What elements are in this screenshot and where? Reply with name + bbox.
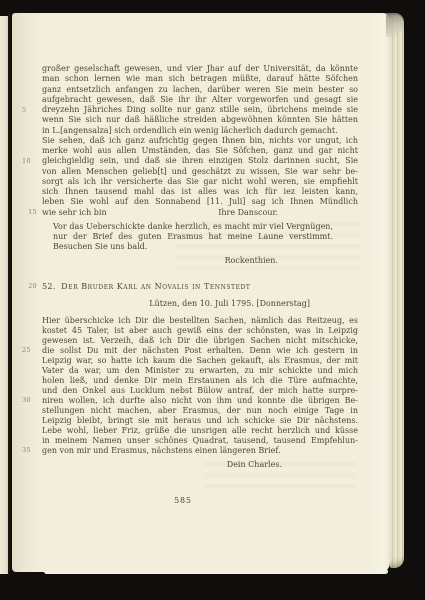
line-text: von allen Menschen gelieb[t] und geschät…	[42, 167, 358, 176]
margin-line-number: 10	[22, 158, 37, 165]
text-line: holen ließ, und denke Dir mein Erstaunen…	[42, 376, 358, 386]
book-page: großer geselschaft gewesen, und vier Jha…	[12, 13, 390, 572]
text-line: leben Sie wohl auf den Sonnabend [11. Ju…	[42, 197, 358, 207]
line-text: stellungen nicht machen, aber Erasmus, d…	[42, 406, 358, 415]
text-line: Sie sehen, daß ich ganz aufrichtig gegen…	[42, 136, 358, 146]
text-line: ganz entsetzlich anfangen zu lachen, dar…	[42, 85, 358, 95]
text-line: Besuchen Sie uns bald.	[53, 242, 333, 252]
line-text: Besuchen Sie uns bald.	[53, 242, 147, 251]
text-line: merke wohl aus allen Umständen, das Sie …	[42, 146, 358, 156]
letter-52-body: Hier überschicke ich Dir die bestellten …	[42, 316, 358, 456]
text-line: Leipzig bleibt, bringt sie mit heraus un…	[42, 416, 358, 426]
line-text: sorgt als ich ihr versicherte das Sie ga…	[42, 177, 358, 186]
margin-line-number: 30	[22, 397, 37, 404]
line-text: Vor das Ueberschickte danke herzlich, es…	[53, 222, 333, 231]
line-text: ganz entsetzlich anfangen zu lachen, dar…	[42, 85, 358, 94]
text-line: kostet 45 Taler, ist aber auch gewiß ein…	[42, 326, 358, 336]
page-corner-shade	[386, 13, 404, 37]
text-line: sich Ihnen tausend mahl das ist alles wa…	[42, 187, 358, 197]
text-line: nur der Brief des guten Erasmus hat mein…	[53, 232, 333, 242]
text-line: Vor das Ueberschickte danke herzlich, es…	[53, 222, 333, 232]
letter-52-heading: 20 52. Der Bruder Karl an Novalis in Ten…	[42, 282, 358, 293]
text-line: und den Onkel aus Lucklum nebst Bülow an…	[42, 386, 358, 396]
line-text: Leipzig bleibt, bringt sie mit heraus un…	[42, 416, 358, 425]
line-text: niren wollen, ich durfte also nicht von …	[42, 396, 358, 405]
line-text: großer geselschaft gewesen, und vier Jha…	[42, 64, 358, 73]
letter-52-dateline: Lützen, den 10. Juli 1795. [Donnerstag]	[42, 299, 358, 309]
line-text: holen ließ, und denke Dir mein Erstaunen…	[42, 376, 358, 385]
text-line: von allen Menschen gelieb[t] und geschät…	[42, 167, 358, 177]
line-text: in L.[angensalza] sich ordendlich ein we…	[42, 126, 338, 135]
text-line: Hier überschicke ich Dir die bestellten …	[42, 316, 358, 326]
page-number: 585	[42, 496, 358, 506]
line-text: nur der Brief des guten Erasmus hat mein…	[53, 232, 333, 241]
line-text: sich Ihnen tausend mahl das ist alles wa…	[42, 187, 358, 196]
line-text: merke wohl aus allen Umständen, das Sie …	[42, 146, 358, 155]
letter-number: 52.	[42, 282, 56, 291]
letter-51-body: großer geselschaft gewesen, und vier Jha…	[42, 64, 358, 208]
line-text: kostet 45 Taler, ist aber auch gewiß ein…	[42, 326, 358, 335]
line-text: leben Sie wohl auf den Sonnabend [11. Ju…	[42, 197, 358, 206]
text-line: wenn Sie sich nur daß häßliche streiden …	[42, 115, 358, 125]
text-line: aufgebracht gewesen, daß Sie ihr ihr Alt…	[42, 95, 358, 105]
text-line: in L.[angensalza] sich ordendlich ein we…	[42, 126, 358, 136]
line-text: Leipzig war, so hatte ich kaum die Sache…	[42, 356, 358, 365]
letter-51-postscript: Vor das Ueberschickte danke herzlich, es…	[53, 222, 333, 253]
text-line: 5dreyzehn Jähriches Ding sollte nur ganz…	[42, 105, 358, 115]
margin-line-number: 35	[22, 447, 37, 454]
letter-title: Der Bruder Karl an Novalis in Tennstedt	[61, 282, 250, 291]
line-text: Lebe wohl, lieber Friz, grüße die unsrig…	[42, 426, 358, 435]
postscript-signature: Rockenthien.	[42, 256, 358, 266]
text-line: Lebe wohl, lieber Friz, grüße die unsrig…	[42, 426, 358, 436]
book-scan: großer geselschaft gewesen, und vier Jha…	[0, 0, 425, 600]
line-text: dreyzehn Jähriches Ding sollte nur ganz …	[42, 105, 358, 114]
text-line: 35gen von mir und Erasmus, nächstens ein…	[42, 446, 358, 456]
text-line: 30niren wollen, ich durfte also nicht vo…	[42, 396, 358, 406]
line-text: in meinem Namen unser schönes Quadrat, t…	[42, 436, 358, 445]
text-line: gewesen ist. Verzeih, daß ich Dir die üb…	[42, 336, 358, 346]
text-column: großer geselschaft gewesen, und vier Jha…	[42, 64, 358, 506]
text-line: man schon lernen wie man sich betragen m…	[42, 74, 358, 84]
line-text: die sollst Du mit der nächsten Post erha…	[42, 346, 358, 355]
margin-line-number: 15	[22, 209, 37, 216]
text-line: Vater da war, um den Minister zu erwarte…	[42, 366, 358, 376]
text-line: stellungen nicht machen, aber Erasmus, d…	[42, 406, 358, 416]
letter-51-closing-line: 15 wie sehr ich bin Ihre Danscour.	[42, 208, 358, 218]
text-line: in meinem Namen unser schönes Quadrat, t…	[42, 436, 358, 446]
line-text: Sie sehen, daß ich ganz aufrichtig gegen…	[42, 136, 358, 145]
margin-line-number: 25	[22, 347, 37, 354]
line-text: aufgebracht gewesen, daß Sie ihr ihr Alt…	[42, 95, 358, 104]
line-text: Hier überschicke ich Dir die bestellten …	[42, 316, 358, 325]
line-text: wenn Sie sich nur daß häßliche streiden …	[42, 115, 358, 124]
letter-52-signature: Dein Charles.	[42, 460, 358, 470]
text-line: sorgt als ich ihr versicherte das Sie ga…	[42, 177, 358, 187]
line-text: und den Onkel aus Lucklum nebst Bülow an…	[42, 386, 358, 395]
line-text: gen von mir und Erasmus, nächstens einen…	[42, 446, 281, 455]
closing-text: wie sehr ich bin	[42, 208, 107, 218]
line-text: gewesen ist. Verzeih, daß ich Dir die üb…	[42, 336, 358, 345]
right-page-edges	[390, 15, 404, 568]
line-text: gleichgieldig sein, und daß sie ihren ei…	[42, 156, 358, 165]
text-line: großer geselschaft gewesen, und vier Jha…	[42, 64, 358, 74]
text-line: 25die sollst Du mit der nächsten Post er…	[42, 346, 358, 356]
margin-line-number: 5	[22, 107, 37, 114]
margin-line-number: 20	[22, 283, 37, 290]
facing-page-edge	[0, 16, 8, 574]
line-text: man schon lernen wie man sich betragen m…	[42, 74, 358, 83]
text-line: Leipzig war, so hatte ich kaum die Sache…	[42, 356, 358, 366]
text-line: 10gleichgieldig sein, und daß sie ihren …	[42, 156, 358, 166]
letter-51-signature: Ihre Danscour.	[218, 208, 278, 218]
line-text: Vater da war, um den Minister zu erwarte…	[42, 366, 358, 375]
